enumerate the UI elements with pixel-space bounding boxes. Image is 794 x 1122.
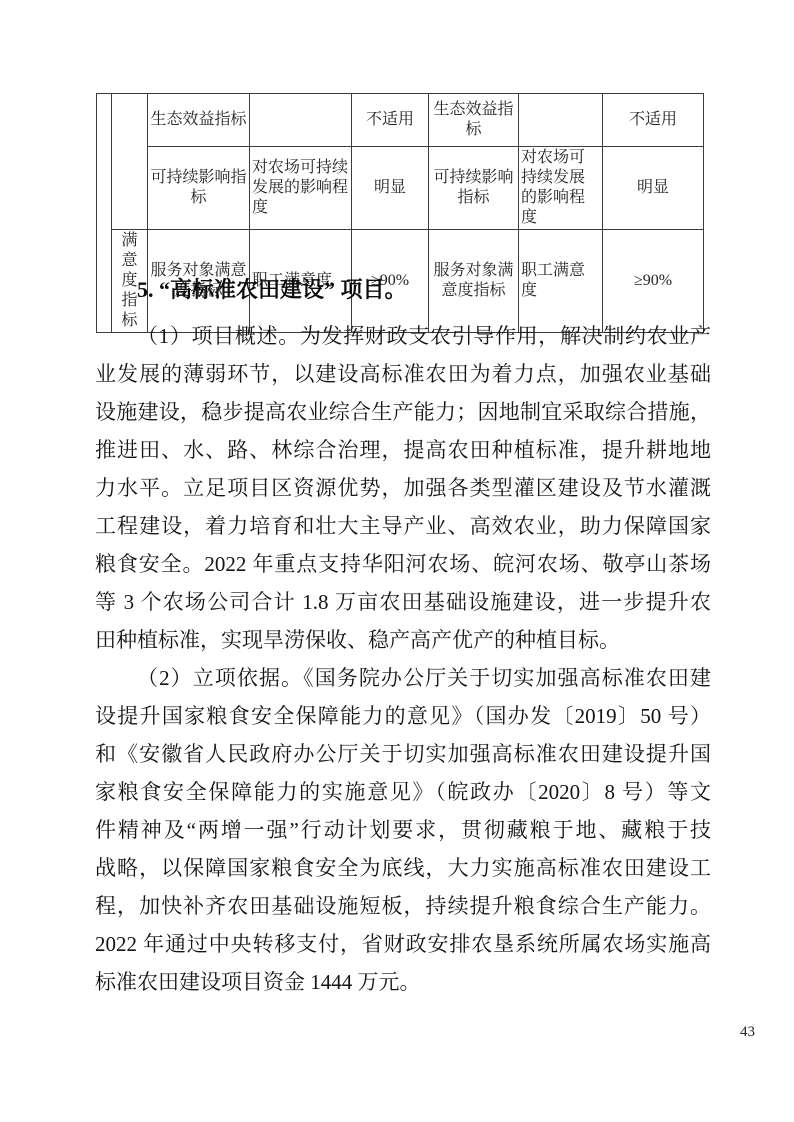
text-line: 件精神及“两增一强”行动计划要求，贯彻藏粮于地、藏粮于技 xyxy=(95,811,711,849)
text-line: 设施建设，稳步提高农业综合生产能力；因地制宜采取综合措施， xyxy=(95,393,711,431)
table-cell-value: 不适用 xyxy=(352,94,429,147)
table-cell-value: 不适用 xyxy=(603,94,704,147)
paragraph-1: （1）项目概述。为发挥财政支农引导作用，解决制约农业产 业发展的薄弱环节，以建设… xyxy=(95,317,711,659)
table-cell-indicator: 生态效益指标 xyxy=(148,94,250,147)
table-cell-indicator: 生态效益指标 xyxy=(429,94,519,147)
text-line: 业发展的薄弱环节，以建设高标准农田为着力点，加强农业基础 xyxy=(95,355,711,393)
text-line: 和《安徽省人民政府办公厅关于切实加强高标准农田建设提升国 xyxy=(95,735,711,773)
text-line: 田种植标准，实现旱涝保收、稳产高产优产的种植目标。 xyxy=(95,621,711,659)
section-heading: 5. “高标准农田建设” 项目。 xyxy=(95,276,711,304)
document-page: 生态效益指标 不适用 生态效益指标 不适用 可持续影响指标 对农场可持续发展的影… xyxy=(0,0,794,1122)
page-number: 43 xyxy=(740,1024,755,1041)
text-line: 工程建设，着力培育和壮大主导产业、高效农业，助力保障国家 xyxy=(95,507,711,545)
table-row: 可持续影响指标 对农场可持续发展的影响程度 明显 可持续影响指标 对农场可持续发… xyxy=(97,147,704,230)
table-cell-group-empty xyxy=(112,94,148,230)
text-line: 推进田、水、路、林综合治理，提高农田种植标准，提升耕地地 xyxy=(95,431,711,469)
table-row: 生态效益指标 不适用 生态效益指标 不适用 xyxy=(97,94,704,147)
table-cell-value: 明显 xyxy=(352,147,429,230)
text-line: 力水平。立足项目区资源优势，加强各类型灌区建设及节水灌溉 xyxy=(95,469,711,507)
text-line: 标准农田建设项目资金 1444 万元。 xyxy=(95,963,711,1001)
table-cell-detail: 对农场可持续发展的影响程度 xyxy=(519,147,603,230)
table-cell-detail xyxy=(519,94,603,147)
paragraph-2: （2）立项依据。《国务院办公厅关于切实加强高标准农田建 设提升国家粮食安全保障能… xyxy=(95,659,711,1001)
table-cell-indicator: 可持续影响指标 xyxy=(429,147,519,230)
table-cell-indicator: 可持续影响指标 xyxy=(148,147,250,230)
text-line: 家粮食安全保障能力的实施意见》（皖政办〔2020〕8 号）等文 xyxy=(95,773,711,811)
text-line: 战略，以保障国家粮食安全为底线，大力实施高标准农田建设工 xyxy=(95,849,711,887)
table-cell-detail xyxy=(250,94,352,147)
text-line: 2022 年通过中央转移支付，省财政安排农垦系统所属农场实施高 xyxy=(95,925,711,963)
text-line: 等 3 个农场公司合计 1.8 万亩农田基础设施建设，进一步提升农 xyxy=(95,583,711,621)
text-line: 程，加快补齐农田基础设施短板，持续提升粮食综合生产能力。 xyxy=(95,887,711,925)
table-cell-detail: 对农场可持续发展的影响程度 xyxy=(250,147,352,230)
body-text: （1）项目概述。为发挥财政支农引导作用，解决制约农业产 业发展的薄弱环节，以建设… xyxy=(95,317,711,1001)
text-line: （2）立项依据。《国务院办公厅关于切实加强高标准农田建 xyxy=(95,659,711,697)
text-line: 粮食安全。2022 年重点支持华阳河农场、皖河农场、敬亭山茶场 xyxy=(95,545,711,583)
text-line: 设提升国家粮食安全保障能力的意见》（国办发〔2019〕50 号） xyxy=(95,697,711,735)
text-line: （1）项目概述。为发挥财政支农引导作用，解决制约农业产 xyxy=(95,317,711,355)
table-cell-value: 明显 xyxy=(603,147,704,230)
